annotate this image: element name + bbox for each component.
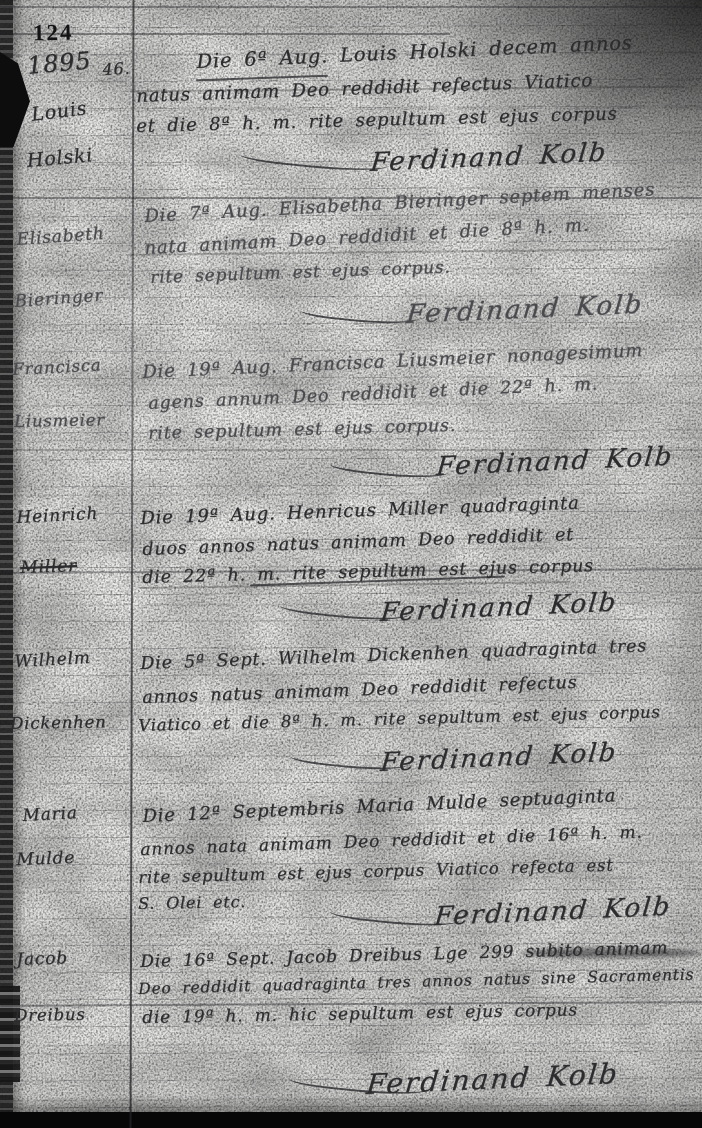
- entry-year: 1895: [26, 46, 92, 79]
- page-number: 124: [33, 20, 74, 47]
- bottom-scan-bar: [0, 1112, 702, 1128]
- entry-margin-name: Dickenhen: [10, 712, 107, 733]
- entry-margin-name: Maria: [22, 803, 78, 826]
- entry-margin-name: Mulde: [16, 848, 75, 870]
- entry-margin-name: Miller: [20, 556, 77, 578]
- register-page-scan: 124 1895 46. Louis Holski Die 6ª Aug. Lo…: [0, 0, 702, 1128]
- entry-number: 46.: [102, 59, 131, 79]
- heavy-ruled-line: [0, 6, 702, 8]
- entry-margin-name: Heinrich: [16, 504, 99, 528]
- entry-body-line: S. Olei etc.: [138, 892, 246, 913]
- bottom-edge-fade: [0, 1096, 702, 1112]
- entry-margin-name: Jacob: [16, 948, 68, 970]
- entry-margin-name: Wilhelm: [14, 648, 91, 672]
- entry-margin-name: Liusmeier: [14, 410, 105, 431]
- bottom-left-edge-stripes: [0, 986, 20, 1082]
- entry-margin-name: Dreibus: [14, 1005, 86, 1025]
- binding-edge-shadow: [0, 0, 13, 1128]
